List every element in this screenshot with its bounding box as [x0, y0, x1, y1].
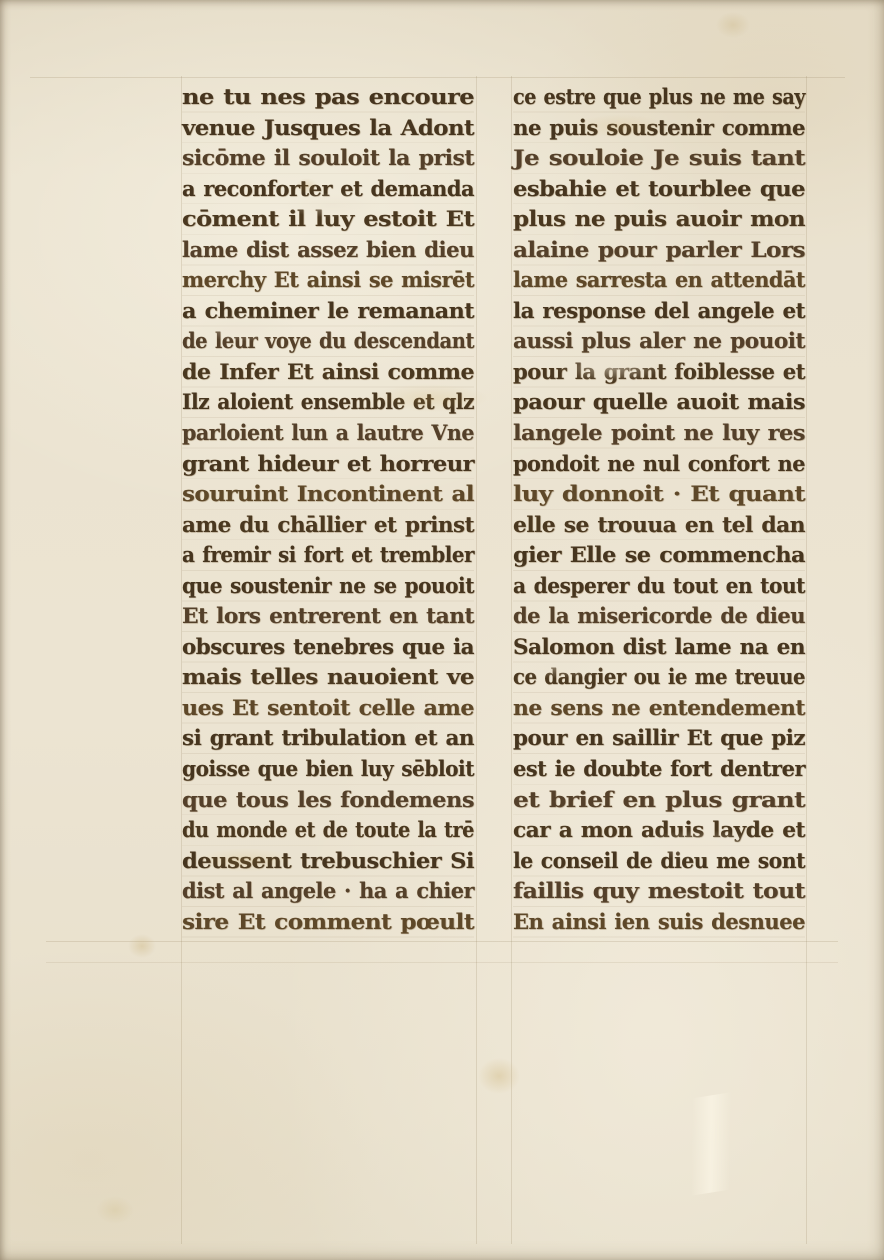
text-line: le conseil de dieu me sont [513, 846, 805, 877]
stain [128, 934, 156, 958]
stain [96, 1196, 134, 1224]
text-line: ce estre que plus ne me say [513, 82, 805, 113]
text-line: paour quelle auoit mais [513, 387, 805, 418]
ruling-line-vertical-right [806, 76, 807, 1244]
text-line: venue Jusques la Adont [182, 113, 474, 144]
ruling-line-horizontal-lower [46, 962, 838, 963]
text-line: du monde et de toute la trē [182, 815, 474, 846]
text-line: est ie doubte fort dentrer [513, 754, 805, 785]
text-line: car a mon aduis layde et [513, 815, 805, 846]
text-line: En ainsi ien suis desnuee [513, 907, 805, 938]
text-line: si grant tribulation et an [182, 723, 474, 754]
text-line: mais telles nauoient ve [182, 662, 474, 693]
text-line: ame du chāllier et prinst [182, 510, 474, 541]
text-line: sicōme il souloit la prist [182, 143, 474, 174]
text-line: pour la grant foiblesse et [513, 357, 805, 388]
text-line: la response del angele et [513, 296, 805, 327]
text-line: ne puis soustenir comme [513, 113, 805, 144]
text-line: luy donnoit · Et quant [513, 479, 805, 510]
text-line: alaine pour parler Lors [513, 235, 805, 266]
text-line: a cheminer le remanant [182, 296, 474, 327]
text-line: souruint Incontinent al [182, 479, 474, 510]
ruling-line-vertical-mid-left [476, 76, 477, 1244]
text-line: ne tu nes pas encoure [182, 82, 474, 113]
text-line: a desperer du tout en tout [513, 571, 805, 602]
stain [716, 12, 750, 38]
text-line: parloient lun a lautre Vne [182, 418, 474, 449]
ruling-line-horizontal-bottom [46, 941, 838, 942]
text-line: et brief en plus grant [513, 785, 805, 816]
text-line: faillis quy mestoit tout [513, 876, 805, 907]
text-line: Je souloie Je suis tant [513, 143, 805, 174]
text-line: Ilz aloient ensemble et qlz [182, 387, 474, 418]
parchment-crease [550, 1072, 871, 1215]
text-line: dist al angele · ha a chier [182, 876, 474, 907]
text-line: gier Elle se commencha [513, 540, 805, 571]
text-line: sire Et comment pœult [182, 907, 474, 938]
text-line: ce dangier ou ie me treuue [513, 662, 805, 693]
text-line: merchy Et ainsi se misrēt [182, 265, 474, 296]
text-line: obscures tenebres que ia [182, 632, 474, 663]
text-line: ne sens ne entendement [513, 693, 805, 724]
text-line: Et lors entrerent en tant [182, 601, 474, 632]
text-line: a fremir si fort et trembler [182, 540, 474, 571]
text-line: Salomon dist lame na en [513, 632, 805, 663]
text-line: pondoit ne nul confort ne [513, 449, 805, 480]
text-line: langele point ne luy res [513, 418, 805, 449]
ruling-line-vertical-mid-right [511, 76, 512, 1244]
text-line: a reconforter et demanda [182, 174, 474, 205]
text-line: plus ne puis auoir mon [513, 204, 805, 235]
stain [478, 1058, 520, 1094]
text-line: que tous les fondemens [182, 785, 474, 816]
text-line: ues Et sentoit celle ame [182, 693, 474, 724]
text-line: esbahie et tourblee que [513, 174, 805, 205]
text-line: cōment il luy estoit Et [182, 204, 474, 235]
text-line: de la misericorde de dieu [513, 601, 805, 632]
manuscript-page: ne tu nes pas encourevenue Jusques la Ad… [0, 0, 884, 1260]
text-line: grant hideur et horreur [182, 449, 474, 480]
text-line: lame dist assez bien dieu [182, 235, 474, 266]
text-line: deussent trebuschier Si [182, 846, 474, 877]
text-line: aussi plus aler ne pouoit [513, 326, 805, 357]
text-line: de Infer Et ainsi comme [182, 357, 474, 388]
ruling-line-horizontal-top [30, 77, 845, 78]
text-line: que soustenir ne se pouoit [182, 571, 474, 602]
text-line: goisse que bien luy sēbloit [182, 754, 474, 785]
text-line: de leur voye du descendant [182, 326, 474, 357]
text-line: lame sarresta en attendāt [513, 265, 805, 296]
text-column-right: ce estre que plus ne me sayne puis soust… [513, 82, 805, 940]
text-line: elle se trouua en tel dan [513, 510, 805, 541]
text-column-left: ne tu nes pas encourevenue Jusques la Ad… [182, 82, 474, 940]
text-line: pour en saillir Et que piz [513, 723, 805, 754]
